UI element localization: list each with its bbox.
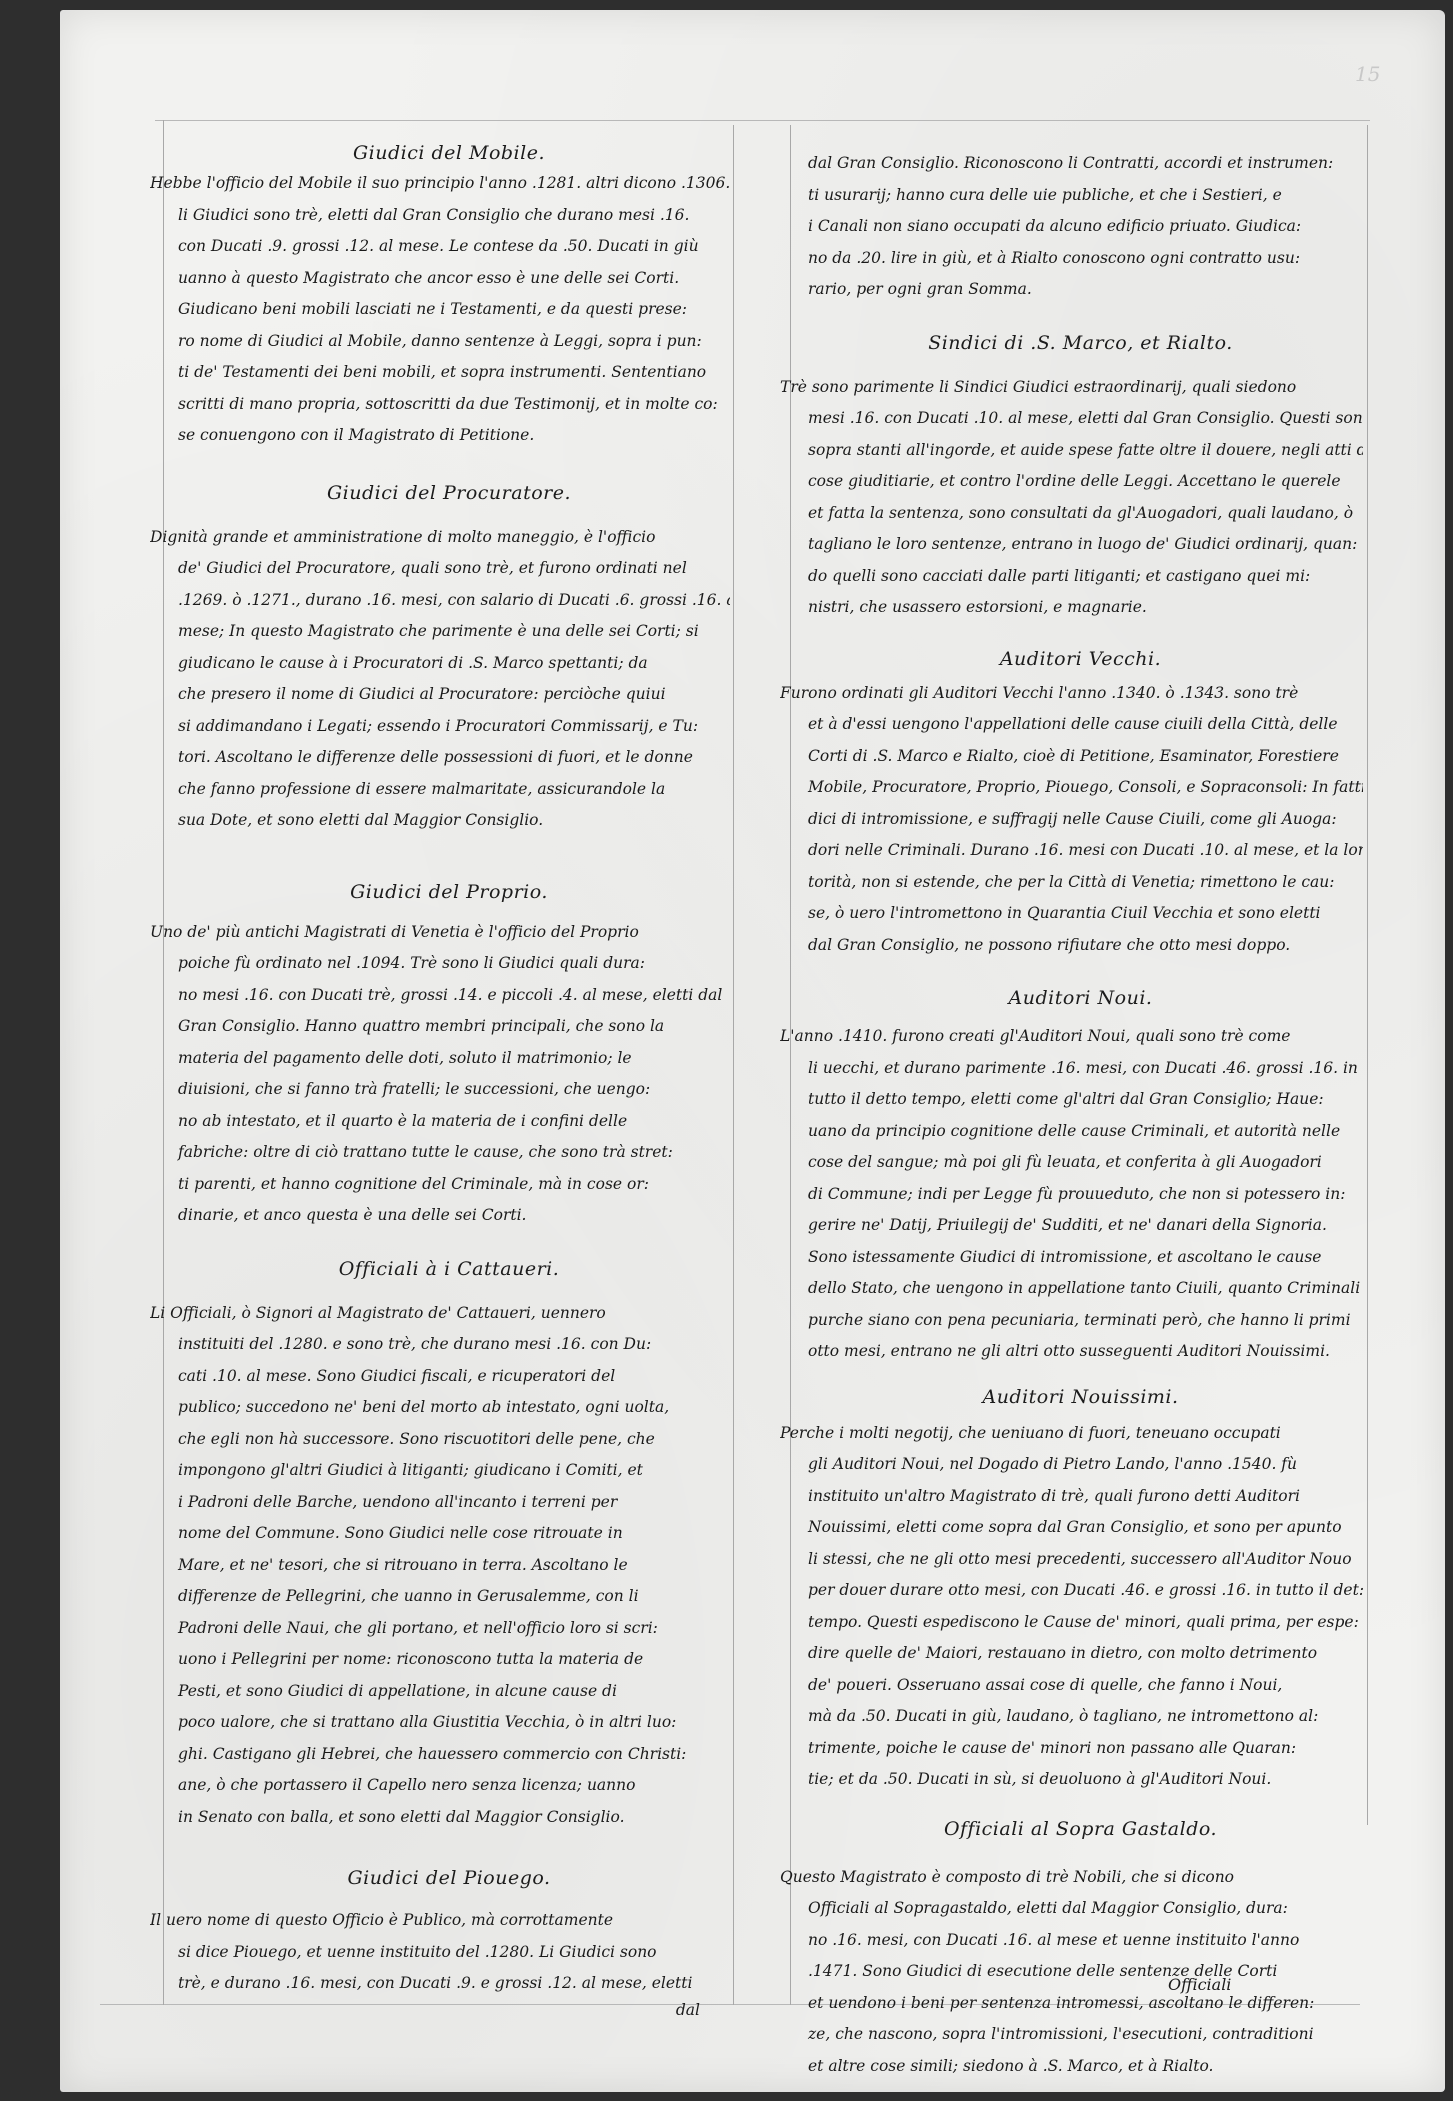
- text-line: gerire ne' Datij, Priuilegij de' Sudditi…: [798, 1210, 1363, 1242]
- text-line: Dignità grande et amministratione di mol…: [150, 522, 730, 554]
- text-line: ghi. Castigano gli Hebrei, che hauessero…: [168, 1739, 730, 1771]
- text-line: dori nelle Criminali. Durano .16. mesi c…: [798, 835, 1363, 867]
- section-giudici-del-procuratore: Giudici del Procuratore. Dignità grande …: [168, 478, 730, 837]
- left-column-left-rule: [163, 120, 164, 2005]
- catchword: dal: [168, 2000, 730, 2020]
- text-line: trè, e durano .16. mesi, con Ducati .9. …: [168, 1968, 730, 2000]
- text-line: scritti di mano propria, sottoscritti da…: [168, 389, 730, 421]
- continuation-text: dal Gran Consiglio. Riconoscono li Contr…: [798, 148, 1363, 306]
- text-line: no ab intestato, et il quarto è la mater…: [168, 1106, 730, 1138]
- text-line: torità, non si estende, che per la Città…: [798, 867, 1363, 899]
- right-column-left-rule: [790, 125, 791, 2005]
- section-heading: Auditori Nouissimi.: [798, 1382, 1363, 1412]
- section-heading: Giudici del Procuratore.: [168, 478, 730, 508]
- section-heading: Auditori Vecchi.: [798, 644, 1363, 674]
- text-line: et fatta la sentenza, sono consultati da…: [798, 498, 1363, 530]
- section-giudici-del-piouego: Giudici del Piouego. Il uero nome di que…: [168, 1863, 730, 2020]
- text-line: Giudicano beni mobili lasciati ne i Test…: [168, 294, 730, 326]
- text-line: trimente, poiche le cause de' minori non…: [798, 1733, 1363, 1765]
- text-line: Uno de' più antichi Magistrati di Veneti…: [150, 917, 730, 949]
- text-line: in Senato con balla, et sono eletti dal …: [168, 1802, 730, 1834]
- text-line: si dice Piouego, et uenne instituito del…: [168, 1937, 730, 1969]
- text-line: sua Dote, et sono eletti dal Maggior Con…: [168, 805, 730, 837]
- section-officiali-cattaueri: Officiali à i Cattaueri. Li Officiali, ò…: [168, 1254, 730, 1834]
- text-line: li uecchi, et durano parimente .16. mesi…: [798, 1053, 1363, 1085]
- text-line: che fanno professione di essere malmarit…: [168, 774, 730, 806]
- text-line: tori. Ascoltano le differenze delle poss…: [168, 742, 730, 774]
- text-line: cose giuditiarie, et contro l'ordine del…: [798, 466, 1363, 498]
- text-line: poco ualore, che si trattano alla Giusti…: [168, 1707, 730, 1739]
- section-sindici: Sindici di .S. Marco, et Rialto. Trè son…: [798, 328, 1363, 624]
- text-line: publico; succedono ne' beni del morto ab…: [168, 1392, 730, 1424]
- text-line: ti de' Testamenti dei beni mobili, et so…: [168, 357, 730, 389]
- text-line: dello Stato, che uengono in appellatione…: [798, 1273, 1363, 1305]
- text-line: i Canali non siano occupati da alcuno ed…: [798, 211, 1363, 243]
- right-column-right-rule: [1367, 125, 1368, 1825]
- section-heading: Sindici di .S. Marco, et Rialto.: [798, 328, 1363, 358]
- text-line: uano da principio cognitione delle cause…: [798, 1116, 1363, 1148]
- text-line: i Padroni delle Barche, uendono all'inca…: [168, 1487, 730, 1519]
- text-line: differenze de Pellegrini, che uanno in G…: [168, 1581, 730, 1613]
- text-line: dal Gran Consiglio, ne possono rifiutare…: [798, 930, 1363, 962]
- section-auditori-nouissimi: Auditori Nouissimi. Perche i molti negot…: [798, 1382, 1363, 1796]
- text-line: dal Gran Consiglio. Riconoscono li Contr…: [798, 148, 1363, 180]
- section-officiali-sopra-gastaldo: Officiali al Sopra Gastaldo. Questo Magi…: [798, 1814, 1363, 2083]
- text-line: rario, per ogni gran Somma.: [798, 274, 1363, 306]
- text-line: Mobile, Procuratore, Proprio, Piouego, C…: [798, 772, 1363, 804]
- text-line: ane, ò che portassero il Capello nero se…: [168, 1770, 730, 1802]
- text-line: Gran Consiglio. Hanno quattro membri pri…: [168, 1011, 730, 1043]
- text-line: Mare, et ne' tesori, che si ritrouano in…: [168, 1550, 730, 1582]
- text-line: ro nome di Giudici al Mobile, danno sent…: [168, 326, 730, 358]
- section-giudici-del-proprio: Giudici del Proprio. Uno de' più antichi…: [168, 877, 730, 1232]
- text-line: impongono gl'altri Giudici à litiganti; …: [168, 1455, 730, 1487]
- section-body: Li Officiali, ò Signori al Magistrato de…: [168, 1298, 730, 1834]
- right-column: dal Gran Consiglio. Riconoscono li Contr…: [798, 148, 1363, 2082]
- text-line: instituito un'altro Magistrato di trè, q…: [798, 1481, 1363, 1513]
- text-line: giudicano le cause à i Procuratori di .S…: [168, 648, 730, 680]
- text-line: cose del sangue; mà poi gli fù leuata, e…: [798, 1147, 1363, 1179]
- text-line: de' Giudici del Procuratore, quali sono …: [168, 553, 730, 585]
- text-line: materia del pagamento delle doti, soluto…: [168, 1043, 730, 1075]
- text-line: uanno à questo Magistrato che ancor esso…: [168, 263, 730, 295]
- section-heading: Giudici del Piouego.: [168, 1863, 730, 1893]
- text-line: purche siano con pena pecuniaria, termin…: [798, 1305, 1363, 1337]
- text-line: no da .20. lire in giù, et à Rialto cono…: [798, 243, 1363, 275]
- text-line: tie; et da .50. Ducati in sù, si deuoluo…: [798, 1764, 1363, 1796]
- text-line: tagliano le loro sentenze, entrano in lu…: [798, 529, 1363, 561]
- text-line: no mesi .16. con Ducati trè, grossi .14.…: [168, 980, 730, 1012]
- top-rule: [155, 120, 1370, 121]
- text-line: li Giudici sono trè, eletti dal Gran Con…: [168, 200, 730, 232]
- text-line: poiche fù ordinato nel .1094. Trè sono l…: [168, 948, 730, 980]
- text-line: di Commune; indi per Legge fù prouueduto…: [798, 1179, 1363, 1211]
- text-line: nistri, che usassero estorsioni, e magna…: [798, 592, 1363, 624]
- text-line: mesi .16. con Ducati .10. al mese, elett…: [798, 403, 1363, 435]
- section-body: Hebbe l'officio del Mobile il suo princi…: [168, 168, 730, 452]
- text-line: Nouissimi, eletti come sopra dal Gran Co…: [798, 1512, 1363, 1544]
- text-line: Pesti, et sono Giudici di appellatione, …: [168, 1676, 730, 1708]
- text-line: diuisioni, che si fanno trà fratelli; le…: [168, 1074, 730, 1106]
- section-heading: Giudici del Mobile.: [168, 138, 730, 168]
- text-line: per douer durare otto mesi, con Ducati .…: [798, 1575, 1363, 1607]
- section-heading: Giudici del Proprio.: [168, 877, 730, 907]
- text-line: sopra stanti all'ingorde, et auide spese…: [798, 435, 1363, 467]
- section-body: Il uero nome di questo Officio è Publico…: [168, 1905, 730, 2020]
- page-number: 15: [1355, 62, 1380, 86]
- text-line: se conuengono con il Magistrato di Petit…: [168, 420, 730, 452]
- text-line: Padroni delle Naui, che gli portano, et …: [168, 1613, 730, 1645]
- text-line: con Ducati .9. grossi .12. al mese. Le c…: [168, 231, 730, 263]
- text-line: Officiali al Sopragastaldo, eletti dal M…: [798, 1893, 1363, 1925]
- text-line: L'anno .1410. furono creati gl'Auditori …: [780, 1021, 1363, 1053]
- text-line: et à d'essi uengono l'appellationi delle…: [798, 709, 1363, 741]
- text-line: et uendono i beni per sentenza intromess…: [798, 1988, 1363, 2020]
- text-line: mà da .50. Ducati in giù, laudano, ò tag…: [798, 1701, 1363, 1733]
- text-line: Furono ordinati gli Auditori Vecchi l'an…: [780, 678, 1363, 710]
- section-giudici-del-mobile: Giudici del Mobile. Hebbe l'officio del …: [168, 138, 730, 452]
- text-line: de' poueri. Osseruano assai cose di quel…: [798, 1670, 1363, 1702]
- section-body: Perche i molti negotij, che ueniuano di …: [798, 1418, 1363, 1796]
- text-line: li stessi, che ne gli otto mesi preceden…: [798, 1544, 1363, 1576]
- text-line: otto mesi, entrano ne gli altri otto sus…: [798, 1336, 1363, 1368]
- text-line: ze, che nascono, sopra l'intromissioni, …: [798, 2019, 1363, 2051]
- text-line: dici di intromissione, e suffragij nelle…: [798, 804, 1363, 836]
- text-line: Perche i molti negotij, che ueniuano di …: [780, 1418, 1363, 1450]
- text-line: uono i Pellegrini per nome: riconoscono …: [168, 1644, 730, 1676]
- section-body: Trè sono parimente li Sindici Giudici es…: [798, 372, 1363, 624]
- text-line: si addimandano i Legati; essendo i Procu…: [168, 711, 730, 743]
- text-line: ti parenti, et hanno cognitione del Crim…: [168, 1169, 730, 1201]
- catchword: Officiali: [1168, 1975, 1231, 1994]
- text-line: .1269. ò .1271., durano .16. mesi, con s…: [168, 585, 730, 617]
- section-auditori-vecchi: Auditori Vecchi. Furono ordinati gli Aud…: [798, 644, 1363, 962]
- text-line: no .16. mesi, con Ducati .16. al mese et…: [798, 1925, 1363, 1957]
- text-line: et altre cose simili; siedono à .S. Marc…: [798, 2051, 1363, 2083]
- text-line: gli Auditori Noui, nel Dogado di Pietro …: [798, 1449, 1363, 1481]
- section-heading: Auditori Noui.: [798, 983, 1363, 1013]
- text-line: Sono istessamente Giudici di intromissio…: [798, 1242, 1363, 1274]
- text-line: dinarie, et anco questa è una delle sei …: [168, 1200, 730, 1232]
- text-line: ti usurarij; hanno cura delle uie public…: [798, 180, 1363, 212]
- text-line: Li Officiali, ò Signori al Magistrato de…: [150, 1298, 730, 1330]
- text-line: do quelli sono cacciati dalle parti liti…: [798, 561, 1363, 593]
- section-heading: Officiali al Sopra Gastaldo.: [798, 1814, 1363, 1844]
- text-line: Questo Magistrato è composto di trè Nobi…: [780, 1862, 1363, 1894]
- text-line: tempo. Questi espediscono le Cause de' m…: [798, 1607, 1363, 1639]
- text-line: Corti di .S. Marco e Rialto, cioè di Pet…: [798, 741, 1363, 773]
- text-line: dire quelle de' Maiori, restauano in die…: [798, 1638, 1363, 1670]
- text-line: cati .10. al mese. Sono Giudici fiscali,…: [168, 1361, 730, 1393]
- section-heading: Officiali à i Cattaueri.: [168, 1254, 730, 1284]
- text-line: Hebbe l'officio del Mobile il suo princi…: [150, 168, 730, 200]
- text-line: fabriche: oltre di ciò trattano tutte le…: [168, 1137, 730, 1169]
- text-line: se, ò uero l'intromettono in Quarantia C…: [798, 898, 1363, 930]
- left-column: Giudici del Mobile. Hebbe l'officio del …: [168, 138, 730, 2020]
- section-auditori-noui: Auditori Noui. L'anno .1410. furono crea…: [798, 983, 1363, 1368]
- text-line: .1471. Sono Giudici di esecutione delle …: [798, 1956, 1363, 1988]
- text-line: mese; In questo Magistrato che parimente…: [168, 616, 730, 648]
- text-line: nome del Commune. Sono Giudici nelle cos…: [168, 1518, 730, 1550]
- section-body: Furono ordinati gli Auditori Vecchi l'an…: [798, 678, 1363, 962]
- text-line: Il uero nome di questo Officio è Publico…: [150, 1905, 730, 1937]
- left-column-right-rule: [733, 125, 734, 2005]
- section-body: Dignità grande et amministratione di mol…: [168, 522, 730, 837]
- text-line: Trè sono parimente li Sindici Giudici es…: [780, 372, 1363, 404]
- text-line: tutto il detto tempo, eletti come gl'alt…: [798, 1084, 1363, 1116]
- text-line: che presero il nome di Giudici al Procur…: [168, 679, 730, 711]
- section-body: L'anno .1410. furono creati gl'Auditori …: [798, 1021, 1363, 1368]
- section-body: Questo Magistrato è composto di trè Nobi…: [798, 1862, 1363, 2083]
- text-line: instituiti del .1280. e sono trè, che du…: [168, 1329, 730, 1361]
- section-body: Uno de' più antichi Magistrati di Veneti…: [168, 917, 730, 1232]
- text-line: che egli non hà successore. Sono riscuot…: [168, 1424, 730, 1456]
